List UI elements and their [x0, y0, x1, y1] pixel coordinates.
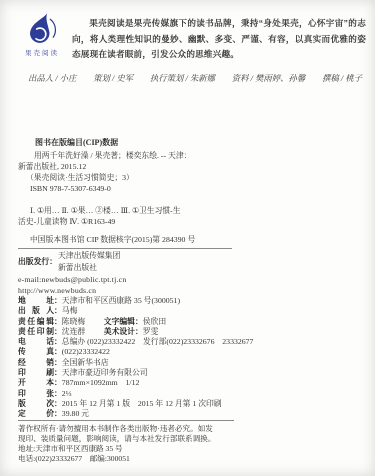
- publisher-press: 新蕾出版社: [58, 262, 97, 273]
- imprint-row-publisher-person: 出版人：马梅: [18, 306, 363, 316]
- cip-body: 用两千年洗好澡 / 果壳著；楼奕东绘. -- 天津： 新蕾出版社, 2015.1…: [18, 150, 348, 245]
- copyright-page: 果壳阅读 果壳阅读是果壳传媒旗下的读书品牌，秉持“身处果壳，心怀宇宙”的志向，将…: [0, 0, 375, 476]
- imprint-row-address: 地址：天津市和平区西康路 35 号(300051): [18, 296, 363, 306]
- notice-line-2: 现印、装质量问题，影响阅读，请与本社发行部联系调换。: [18, 434, 248, 444]
- imprint-row-distribution: 经销：全国新华书店: [18, 358, 363, 368]
- cip-class-line-1: Ⅰ. ①用… Ⅱ. ①果… ②楼… Ⅲ. ①卫生习惯-生: [18, 205, 348, 216]
- publisher-row: 出版发行： 天津出版传媒集团 新蕾出版社: [18, 250, 363, 274]
- divider-bottom: [18, 420, 234, 421]
- footer-phone: 电话:(022)23332677 邮编:300051: [18, 454, 248, 464]
- cip-series-line: （果壳阅读·生活习惯简史；3）: [18, 172, 348, 183]
- imprint-row-price: 定价：39.80 元: [18, 409, 363, 419]
- imprint-row-edition: 版次：2015 年 12 月第 1 版 2015 年 12 月第 1 次印刷: [18, 399, 363, 409]
- footer-address: 地址:天津市和平区西康路 35 号: [18, 444, 248, 454]
- imprint-row-phone: 电话：总编办 (022)23332422 发行部(022)23332676 23…: [18, 337, 363, 347]
- cip-title-line: 用两千年洗好澡 / 果壳著；楼奕东绘. -- 天津：: [18, 150, 348, 161]
- imprint-row-print-design: 责任印制：沈连群美术设计：罗雯: [18, 327, 363, 337]
- credits-line: 出品人 / 小庄 策划 / 史军 执行策划 / 朱新娜 资料 / 樊雨婷、孙馨 …: [28, 72, 364, 84]
- cip-class-line-2: 活史-儿童读物 Ⅳ. ①R163-49: [18, 216, 348, 227]
- cip-record-line: 中国版本图书馆 CIP 数据核字(2015)第 284390 号: [18, 234, 348, 245]
- brand-intro-paragraph: 果壳阅读是果壳传媒旗下的读书品牌，秉持“身处果壳，心怀宇宙”的志向，将人类理性知…: [72, 16, 366, 63]
- copyright-notice: 著作权所有·请勿擅用本书制作各类出版物·违者必究。如发 现印、装质量问题，影响阅…: [18, 424, 248, 464]
- brand-logo: 果壳阅读: [14, 12, 70, 57]
- imprint-row-sheets: 印张：2⅓: [18, 389, 363, 399]
- imprint-row-fax: 传真：(022)23332422: [18, 347, 363, 357]
- imprint-row-printer: 印刷：天津市豪迈印务有限公司: [18, 368, 363, 378]
- imprint-block: 出版发行： 天津出版传媒集团 新蕾出版社 e-mail:newbuds@publ…: [18, 250, 363, 420]
- brand-logo-label: 果壳阅读: [14, 48, 70, 57]
- email-line: e-mail:newbuds@public.tpt.tj.cn: [18, 274, 363, 285]
- publisher-group: 天津出版传媒集团: [58, 250, 120, 261]
- cip-heading: 图书在版编目(CIP)数据: [35, 137, 118, 148]
- notice-line-1: 著作权所有·请勿擅用本书制作各类出版物·违者必究。如发: [18, 424, 248, 434]
- imprint-row-editors: 责任编辑：陈晓梅文字编辑：侯欣田: [18, 317, 363, 327]
- cip-isbn-line: ISBN 978-7-5307-6349-0: [18, 183, 348, 194]
- divider-top: [18, 248, 232, 249]
- cip-publisher-line: 新蕾出版社, 2015.12: [18, 161, 348, 172]
- website-line: http://www.newbuds.cn: [18, 285, 363, 296]
- publisher-label: 出版发行：: [18, 256, 57, 267]
- imprint-row-format: 开本：787mm×1092mm 1/12: [18, 378, 363, 388]
- guokr-drop-icon: [27, 12, 57, 46]
